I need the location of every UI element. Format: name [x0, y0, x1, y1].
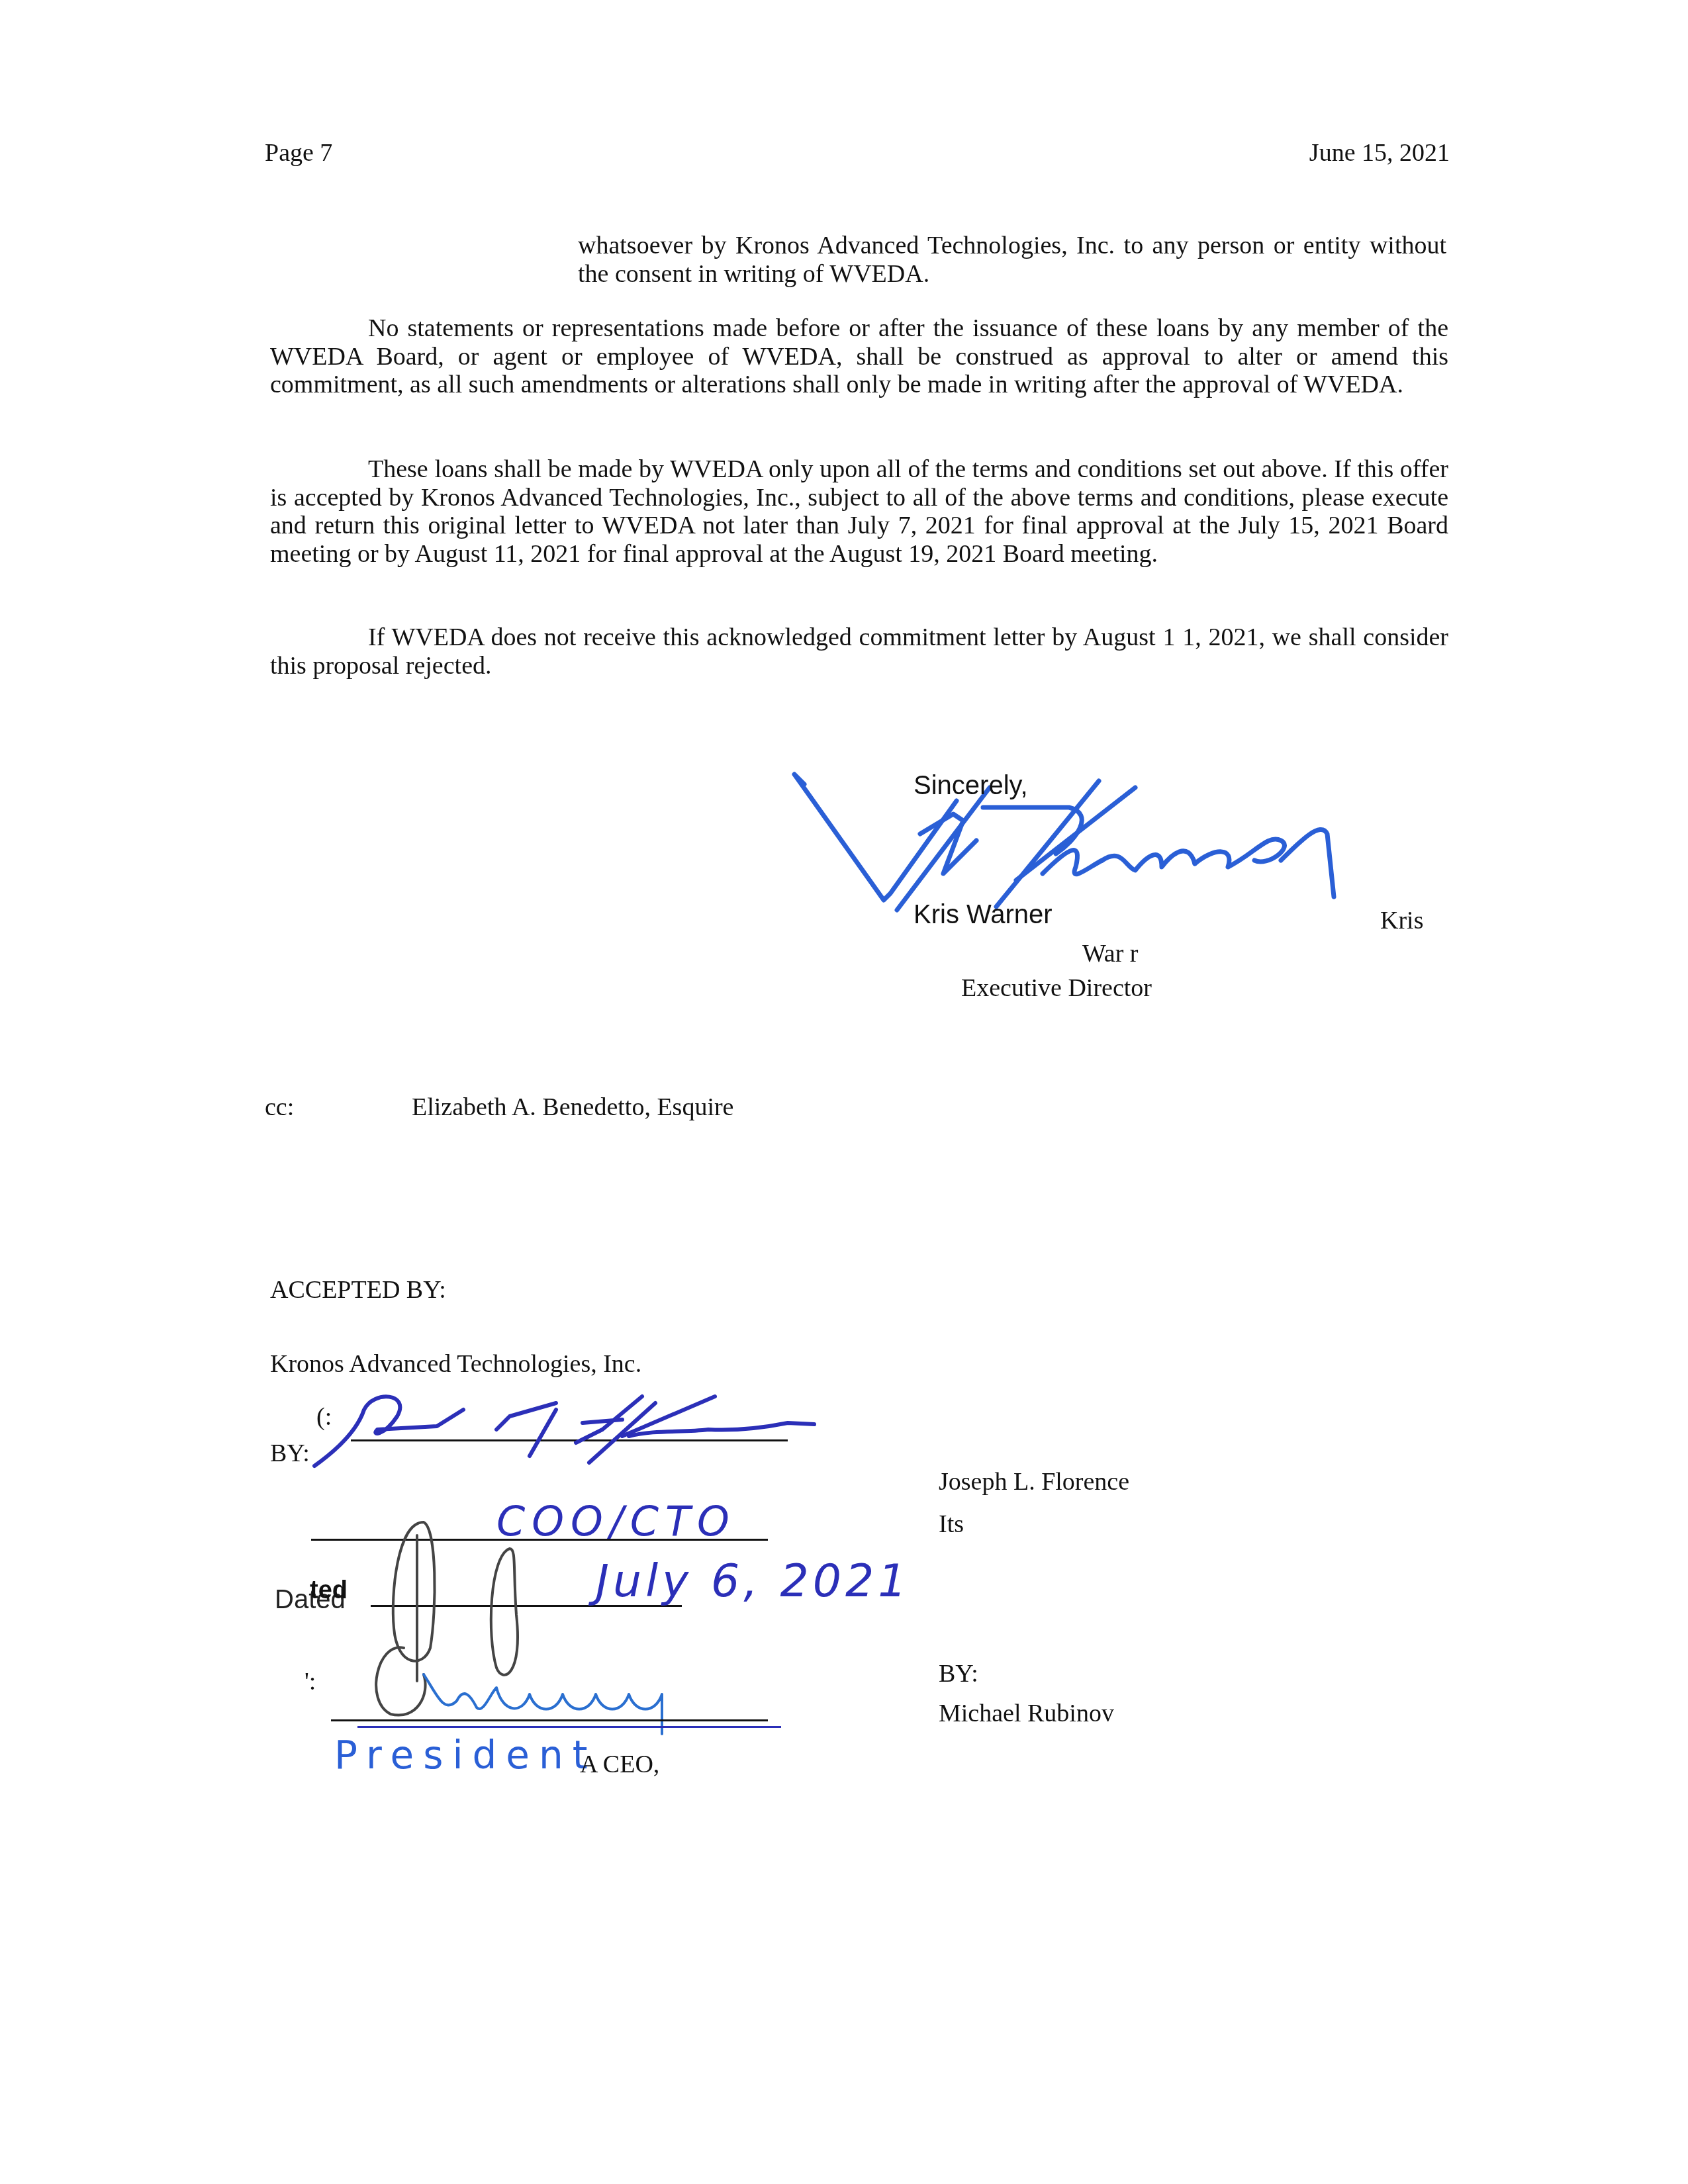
paragraph-text: If WVEDA does not receive this acknowled…	[270, 623, 1448, 680]
signer-2-name: Michael Rubinov	[939, 1700, 1114, 1727]
colon-mark: ':	[305, 1668, 316, 1696]
page-number: Page 7	[265, 139, 332, 167]
company-name: Kronos Advanced Technologies, Inc.	[270, 1350, 641, 1378]
michael-rubinov-signature	[371, 1516, 781, 1734]
cc-label: cc:	[265, 1093, 294, 1121]
signer-1-name: Joseph L. Florence	[939, 1468, 1129, 1496]
paragraph-text: No statements or representations made be…	[270, 314, 1448, 398]
by-label-2: BY:	[939, 1660, 978, 1688]
signer-first-name: Kris	[1380, 907, 1423, 934]
paragraph-no-statements: No statements or representations made be…	[270, 314, 1448, 399]
paragraph-rejection: If WVEDA does not receive this acknowled…	[270, 623, 1448, 680]
letter-date: June 15, 2021	[1309, 139, 1450, 167]
signer-name-overlay: Kris Warner	[914, 900, 1053, 930]
handwritten-title-president: President	[334, 1733, 597, 1778]
closing-salutation: Sincerely,	[914, 771, 1028, 801]
accepted-by-heading: ACCEPTED BY:	[270, 1276, 446, 1304]
cc-recipient: Elizabeth A. Benedetto, Esquire	[412, 1093, 733, 1121]
kris-warner-signature	[791, 768, 1400, 920]
dated-overlay: ted	[310, 1576, 348, 1605]
by-label-1: BY:	[270, 1439, 310, 1467]
continued-paragraph: whatsoever by Kronos Advanced Technologi…	[578, 232, 1446, 288]
its-label: Its	[939, 1510, 964, 1538]
signer-title: Executive Director	[961, 974, 1152, 1002]
paragraph-loan-terms: These loans shall be made by WVEDA only …	[270, 455, 1448, 568]
signature-underline-2	[357, 1726, 781, 1728]
joseph-florence-signature	[311, 1390, 841, 1469]
typed-title-ceo: A CEO,	[580, 1751, 659, 1778]
signer-last-name: War r	[1082, 940, 1139, 968]
signature-line-2	[331, 1719, 768, 1721]
paragraph-text: These loans shall be made by WVEDA only …	[270, 455, 1448, 568]
